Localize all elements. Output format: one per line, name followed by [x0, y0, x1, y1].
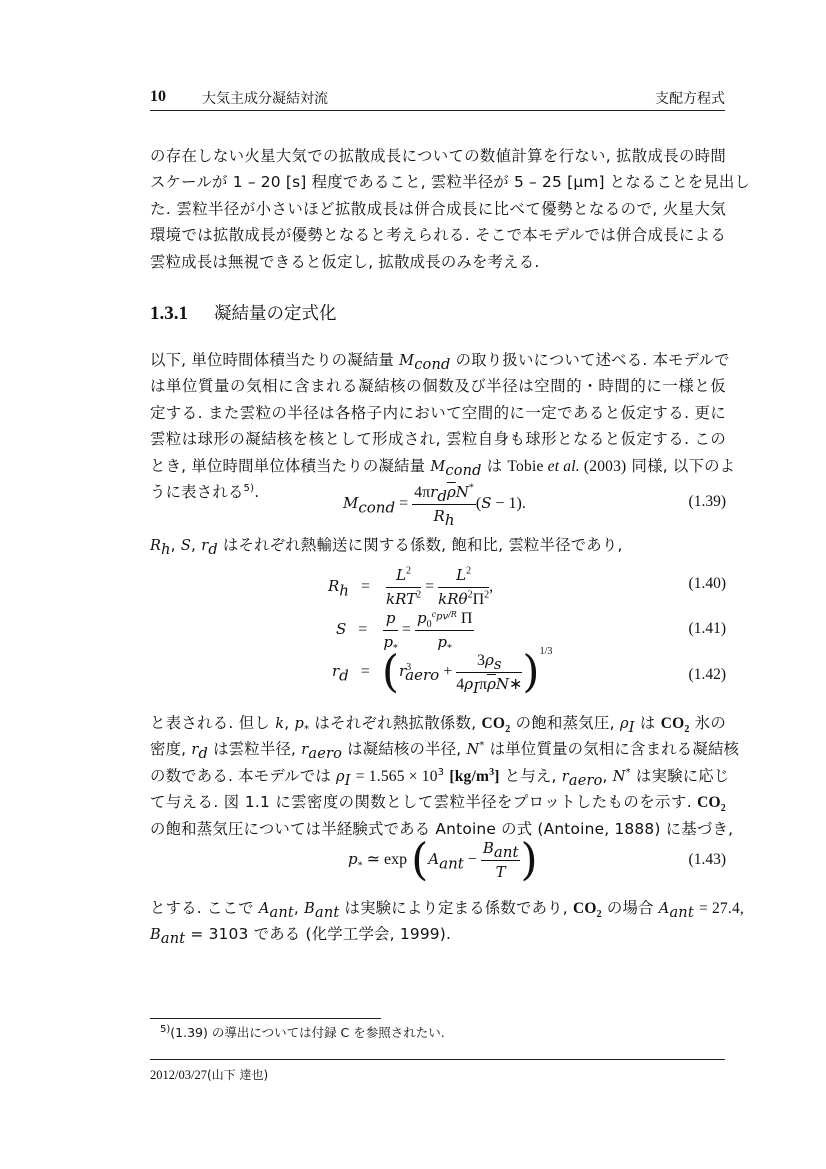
section-number: 1.3.1	[150, 303, 188, 324]
footnote-ref: 5)	[244, 483, 255, 494]
section-heading: 1.3.1凝結量の定式化	[150, 300, 337, 325]
footnote-mark: 5)	[160, 1024, 170, 1035]
chapter-title: 大気主成分凝結対流	[202, 88, 328, 108]
footnote-text: (1.39) の導出については付録 C を参照されたい.	[170, 1025, 444, 1040]
footer-date: 2012/03/27	[150, 1068, 207, 1082]
text-line: 雲粒は球形の凝結核を核として形成され, 雲粒自身も球形となると仮定する. この	[150, 426, 726, 452]
document-page: 10 大気主成分凝結対流 支配方程式 の存在しない火星大気での拡散成長についての…	[0, 0, 826, 1169]
running-header: 10 大気主成分凝結対流 支配方程式	[150, 88, 725, 112]
text-line: は単位質量の気相に含まれる凝結核の個数及び半径は空間的・時間的に一様と仮	[150, 373, 726, 399]
section-title: 凝結量の定式化	[214, 304, 337, 324]
page-number: 10	[150, 88, 166, 106]
text-line: 定する. また雲粒の半径は各格子内において空間的に一定であると仮定する. 更に	[150, 400, 726, 426]
text-line: とき, 単位時間単位体積当たりの凝結量 Mcond は Tobie et al.…	[150, 453, 726, 479]
header-rule	[150, 110, 725, 111]
footnote: 5)(1.39) の導出については付録 C を参照されたい.	[160, 1023, 445, 1041]
equation-number: (1.40)	[689, 575, 726, 593]
equation-1-39: Mcond = 4πrdρN*Rh(S − 1).	[343, 482, 526, 527]
text-line: スケールが 1 – 20 [s] 程度であること, 雲粒半径が 5 – 25 […	[150, 169, 726, 195]
text-line: の存在しない火星大気での拡散成長についての数値計算を行ない, 拡散成長の時間	[150, 143, 726, 169]
text-line: 以下, 単位時間体積当たりの凝結量 Mcond の取り扱いについて述べる. 本モ…	[150, 347, 726, 373]
equation-number: (1.42)	[689, 666, 726, 684]
section-header-title: 支配方程式	[655, 88, 725, 108]
equation-1-41: S = pp* = p0cpv/R Πp*	[336, 608, 474, 653]
equation-number: (1.43)	[689, 851, 726, 869]
equation-number: (1.41)	[689, 620, 726, 638]
paragraph-antoine: とする. ここで Aant, Bant は実験により定まる係数であり, CO2 …	[150, 895, 726, 948]
page-footer: 2012/03/27(山下 達也)	[150, 1066, 268, 1083]
intro-paragraph: の存在しない火星大気での拡散成長についての数値計算を行ない, 拡散成長の時間 ス…	[150, 143, 726, 275]
citation: Tobie et al. (2003)	[507, 458, 626, 475]
footnote-rule	[150, 1018, 381, 1019]
text-line: 環境では拡散成長が優勢となると考えられる. そこで本モデルでは併合成長による	[150, 222, 726, 248]
text-line: 雲粒成長は無視できると仮定し, 拡散成長のみを考える.	[150, 249, 726, 275]
equation-1-42: rd = (r3aero + 3ρs4ρIπρN∗)1/3	[332, 650, 552, 695]
equation-number: (1.39)	[689, 493, 726, 511]
footer-rule	[150, 1059, 725, 1060]
paragraph-definitions: と表される. 但し k, p* はそれぞれ熱拡散係数, CO2 の飽和蒸気圧, …	[150, 710, 726, 842]
footer-author: (山下 達也)	[207, 1068, 268, 1082]
math-var: M	[399, 353, 414, 369]
text-line: た. 雲粒半径が小さいほど拡散成長は併合成長に比べて優勢となるので, 火星大気	[150, 196, 726, 222]
equation-1-40: Rh = L2kRT2 = L2kRθ2Π2,	[328, 565, 493, 610]
equation-1-43: p* ≃ exp (Aant − BantT)	[348, 838, 538, 883]
equation-description: Rh, S, rd はそれぞれ熱輸送に関する係数, 飽和比, 雲粒半径であり,	[150, 532, 726, 558]
